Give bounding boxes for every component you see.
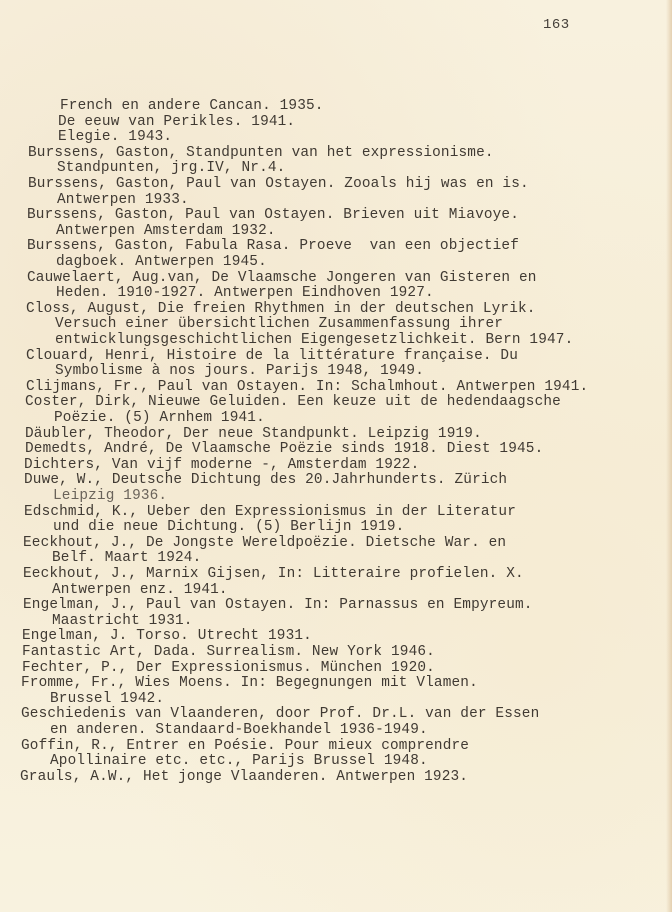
entry-continuation-line: en anderen. Standaard-Boekhandel 1936-19… xyxy=(50,722,428,738)
paper-edge xyxy=(666,0,672,912)
entry-line: Burssens, Gaston, Fabula Rasa. Proeve va… xyxy=(27,238,519,254)
entry-line: Closs, August, Die freien Rhythmen in de… xyxy=(26,301,536,317)
entry-continuation-line: Antwerpen 1933. xyxy=(57,192,189,208)
entry-line: Edschmid, K., Ueber den Expressionismus … xyxy=(24,504,516,520)
entry-line: Geschiedenis van Vlaanderen, door Prof. … xyxy=(21,706,539,722)
entry-continuation-line: und die neue Dichtung. (5) Berlijn 1919. xyxy=(53,519,404,535)
entry-continuation-line: Symbolisme à nos jours. Parijs 1948, 194… xyxy=(55,363,424,379)
entry-continuation-line: Apollinaire etc. etc., Parijs Brussel 19… xyxy=(50,753,428,769)
entry-continuation-line: Standpunten, jrg.IV, Nr.4. xyxy=(57,160,285,176)
entry-line: Burssens, Gaston, Standpunten van het ex… xyxy=(28,145,494,161)
entry-line: Däubler, Theodor, Der neue Standpunkt. L… xyxy=(25,426,482,442)
entry-continuation-line: dagboek. Antwerpen 1945. xyxy=(56,254,267,270)
entry-continuation-line: Belf. Maart 1924. xyxy=(52,550,201,566)
entry-continuation-line: Antwerpen enz. 1941. xyxy=(52,582,228,598)
entry-line: Fromme, Fr., Wies Moens. In: Begegnungen… xyxy=(21,675,478,691)
document-page: 163 French en andere Cancan. 1935.De eeu… xyxy=(0,0,672,912)
entry-continuation-line: Leipzig 1936. xyxy=(53,488,167,504)
entry-line: Burssens, Gaston, Paul van Ostayen. Brie… xyxy=(27,207,519,223)
entry-line: Goffin, R., Entrer en Poésie. Pour mieux… xyxy=(21,738,469,754)
entry-continuation-line: Antwerpen Amsterdam 1932. xyxy=(56,223,276,239)
entry-line: Burssens, Gaston, Paul van Ostayen. Zooa… xyxy=(28,176,529,192)
continuation-line: French en andere Cancan. 1935. xyxy=(60,98,324,114)
entry-line: Dichters, Van vijf moderne -, Amsterdam … xyxy=(24,457,419,473)
entry-continuation-line: Poëzie. (5) Arnhem 1941. xyxy=(54,410,265,426)
entry-line: Eeckhout, J., De Jongste Wereldpoëzie. D… xyxy=(23,535,506,551)
entry-line: Fantastic Art, Dada. Surrealism. New Yor… xyxy=(22,644,435,660)
entry-continuation-line: Heden. 1910-1927. Antwerpen Eindhoven 19… xyxy=(56,285,434,301)
continuation-line: Elegie. 1943. xyxy=(58,129,172,145)
entry-continuation-line: Brussel 1942. xyxy=(50,691,164,707)
entry-continuation-line: entwicklungsgeschichtlichen Eigengesetzl… xyxy=(55,332,573,348)
entry-line: Grauls, A.W., Het jonge Vlaanderen. Antw… xyxy=(20,769,468,785)
entry-line: Coster, Dirk, Nieuwe Geluiden. Een keuze… xyxy=(25,394,561,410)
entry-line: Engelman, J. Torso. Utrecht 1931. xyxy=(22,628,312,644)
entry-line: Clijmans, Fr., Paul van Ostayen. In: Sch… xyxy=(26,379,588,395)
entry-line: Demedts, André, De Vlaamsche Poëzie sind… xyxy=(25,441,543,457)
entry-line: Fechter, P., Der Expressionismus. Münche… xyxy=(22,660,435,676)
entry-continuation-line: Maastricht 1931. xyxy=(52,613,193,629)
entry-line: Cauwelaert, Aug.van, De Vlaamsche Jonger… xyxy=(27,270,537,286)
entry-line: Clouard, Henri, Histoire de la littératu… xyxy=(26,348,518,364)
entry-line: Duwe, W., Deutsche Dichtung des 20.Jahrh… xyxy=(24,472,507,488)
continuation-line: De eeuw van Perikles. 1941. xyxy=(58,114,295,130)
entry-continuation-line: Versuch einer übersichtlichen Zusammenfa… xyxy=(55,316,503,332)
page-number: 163 xyxy=(543,17,570,33)
entry-line: Eeckhout, J., Marnix Gijsen, In: Littera… xyxy=(23,566,524,582)
entry-line: Engelman, J., Paul van Ostayen. In: Parn… xyxy=(23,597,533,613)
